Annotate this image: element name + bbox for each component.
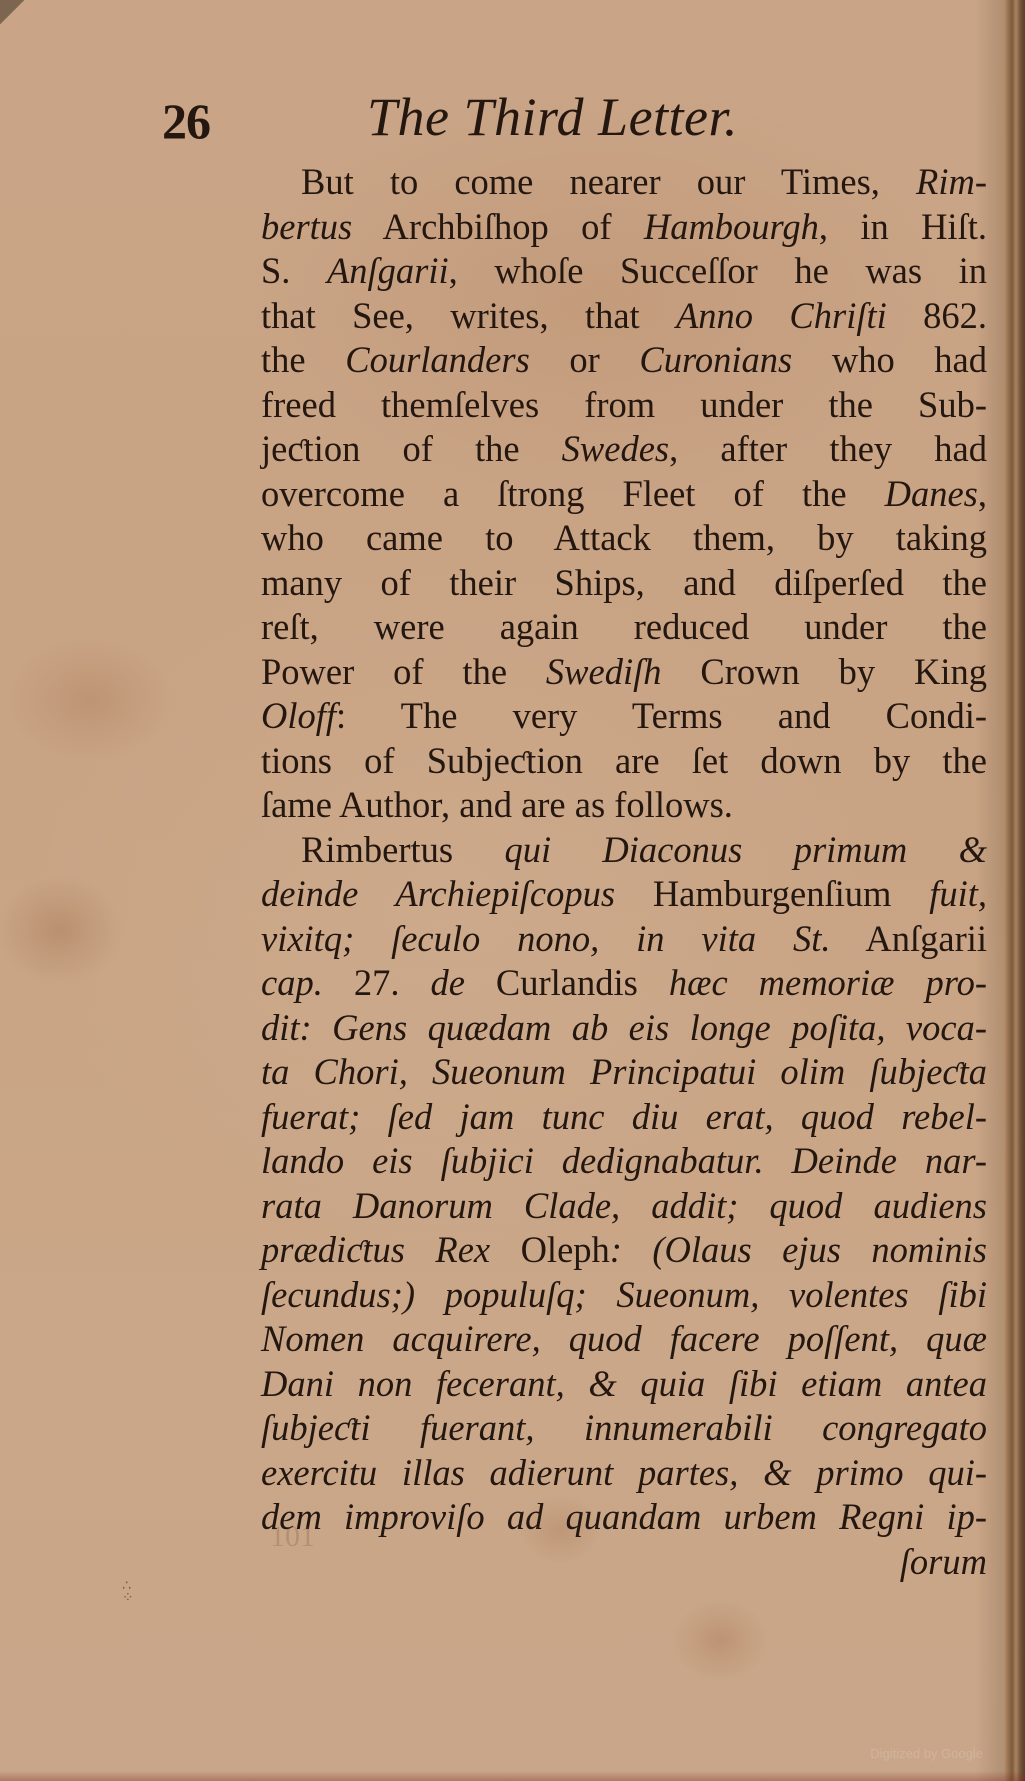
- roman-run: Oleph: [490, 1229, 610, 1270]
- show-through-text: 101: [270, 1520, 315, 1554]
- roman-run: [756, 918, 793, 959]
- text-line: many of their Ships, and diſperſed the: [261, 561, 987, 606]
- text-line: cap. 27. de Curlandis hæc memoriæ pro-: [261, 961, 987, 1006]
- roman-run: , whoſe Succeſſor he was in: [449, 250, 987, 291]
- roman-run: Power of the: [261, 651, 546, 692]
- italic-run: Oloff: [261, 695, 336, 736]
- text-line: who came to Attack them, by taking: [261, 516, 987, 561]
- italic-run: ſubjeƈti fuerant, innumerabili congregat…: [261, 1407, 987, 1448]
- italic-run: rata Danorum Clade, addit; quod audiens: [261, 1185, 987, 1226]
- italic-run: prædiƈtus Rex: [261, 1229, 490, 1270]
- text-line: ta Chori, Sueonum Principatui olim ſubje…: [261, 1050, 987, 1095]
- roman-run: , after they had: [669, 428, 987, 469]
- roman-run: tions of Subjeƈtion are ſet down by the: [261, 740, 987, 781]
- book-page: 26 The Third Letter. But to come nearer …: [0, 0, 1025, 1781]
- italic-run: Rim-: [916, 161, 987, 202]
- roman-run: 862.: [887, 295, 987, 336]
- text-line: lando eis ſubjici dedignabatur. Deinde n…: [261, 1139, 987, 1184]
- roman-run: reſt, were again reduced under the: [261, 606, 987, 647]
- text-line: vixitq; ſeculo nono, in vita St. Anſgari…: [261, 917, 987, 962]
- page-gutter-edge: [1005, 0, 1025, 1781]
- italic-run: lando eis ſubjici dedignabatur. Deinde n…: [261, 1140, 987, 1181]
- text-line: S. Anſgarii, whoſe Succeſſor he was in: [261, 249, 987, 294]
- text-line: prædiƈtus Rex Oleph: (Olaus ejus nominis: [261, 1228, 987, 1273]
- italic-run: ta Chori, Sueonum Principatui olim ſubje…: [261, 1051, 987, 1092]
- italic-run: Dani non fecerant, & quia ſibi etiam ant…: [261, 1363, 987, 1404]
- italic-run: ſecundus;) populuſq; Sueonum, volentes ſ…: [261, 1274, 987, 1315]
- roman-run: the: [261, 339, 345, 380]
- text-line: Power of the Swediſh Crown by King: [261, 650, 987, 695]
- italic-run: exercitu illas adierunt partes, & primo …: [261, 1452, 987, 1493]
- italic-run: Anno Chriſti: [676, 295, 887, 336]
- catchword: ſorum: [261, 1540, 987, 1585]
- roman-run: S.: [261, 250, 327, 291]
- page-title: The Third Letter.: [367, 86, 738, 148]
- text-line: tions of Subjeƈtion are ſet down by the: [261, 739, 987, 784]
- text-line: the Courlanders or Curonians who had: [261, 338, 987, 383]
- roman-run: many of their Ships, and diſperſed the: [261, 562, 987, 603]
- roman-run: ,: [978, 473, 987, 514]
- italic-run: qui Diaconus primum &: [504, 829, 987, 870]
- roman-run: who came to Attack them, by taking: [261, 517, 987, 558]
- italic-run: Anſgarii: [327, 250, 449, 291]
- text-line: Nomen acquirere, quod facere poſſent, qu…: [261, 1317, 987, 1362]
- italic-run: Courlanders: [345, 339, 530, 380]
- text-line: dit: Gens quædam ab eis longe poſita, vo…: [261, 1006, 987, 1051]
- italic-run: de: [430, 962, 464, 1003]
- italic-run: dit: Gens quædam ab eis longe poſita, vo…: [261, 1007, 987, 1048]
- roman-run: or: [530, 339, 640, 380]
- roman-run: overcome a ſtrong Fleet of the: [261, 473, 885, 514]
- margin-ink-mark: ∴⁘: [122, 1580, 134, 1604]
- roman-run: Rimbertus: [301, 829, 504, 870]
- italic-run: deinde Archiepiſcopus: [261, 873, 615, 914]
- roman-run: But to come nearer our Times,: [301, 161, 916, 202]
- text-line: overcome a ſtrong Fleet of the Danes,: [261, 472, 987, 517]
- roman-run: 27.: [323, 962, 431, 1003]
- italic-run: bertus: [261, 206, 352, 247]
- italic-run: dem improviſo ad quandam urbem Regni ip-: [261, 1496, 987, 1537]
- text-line: jeƈtion of the Swedes, after they had: [261, 427, 987, 472]
- text-line: rata Danorum Clade, addit; quod audiens: [261, 1184, 987, 1229]
- italic-run: vixitq; ſeculo nono, in vita: [261, 918, 756, 959]
- text-line: Dani non fecerant, & quia ſibi etiam ant…: [261, 1362, 987, 1407]
- roman-run: Crown by King: [662, 651, 988, 692]
- text-line: exercitu illas adierunt partes, & primo …: [261, 1451, 987, 1496]
- roman-run: , in Hiſt.: [819, 206, 987, 247]
- roman-run: Anſgarii: [831, 918, 988, 959]
- italic-run: St.: [793, 918, 831, 959]
- italic-run: Nomen acquirere, quod facere poſſent, qu…: [261, 1318, 987, 1359]
- roman-run: ſame Author, and are as follows.: [261, 784, 733, 825]
- text-line: ſame Author, and are as follows.: [261, 783, 987, 828]
- text-line: ſecundus;) populuſq; Sueonum, volentes ſ…: [261, 1273, 987, 1318]
- text-line: freed themſelves from under the Sub-: [261, 383, 987, 428]
- roman-run: who had: [792, 339, 987, 380]
- italic-run: fuerat; ſed jam tunc diu erat, quod rebe…: [261, 1096, 987, 1137]
- text-line: deinde Archiepiſcopus Hamburgenſium fuit…: [261, 872, 987, 917]
- italic-run: fuit,: [929, 873, 987, 914]
- italic-run: hæc memoriæ pro-: [669, 962, 987, 1003]
- roman-run: jeƈtion of the: [261, 428, 562, 469]
- text-line: fuerat; ſed jam tunc diu erat, quod rebe…: [261, 1095, 987, 1140]
- body-text: But to come nearer our Times, Rim-bertus…: [261, 160, 987, 1584]
- text-line: reſt, were again reduced under the: [261, 605, 987, 650]
- roman-run: Archbiſhop of: [352, 206, 644, 247]
- italic-run: Swediſh: [546, 651, 662, 692]
- text-line: dem improviſo ad quandam urbem Regni ip-: [261, 1495, 987, 1540]
- running-head: 26 The Third Letter.: [162, 84, 992, 154]
- text-line: bertus Archbiſhop of Hambourgh, in Hiſt.: [261, 205, 987, 250]
- page-number: 26: [162, 92, 210, 150]
- roman-run: freed themſelves from under the Sub-: [261, 384, 987, 425]
- italic-run: Hambourgh: [644, 206, 819, 247]
- text-line: Rimbertus qui Diaconus primum &: [261, 828, 987, 873]
- text-line: Oloff: The very Terms and Condi-: [261, 694, 987, 739]
- text-line: But to come nearer our Times, Rim-: [261, 160, 987, 205]
- roman-run: Hamburgenſium: [615, 873, 929, 914]
- italic-run: cap.: [261, 962, 323, 1003]
- text-line: that See, writes, that Anno Chriſti 862.: [261, 294, 987, 339]
- corner-fold: [0, 0, 40, 40]
- italic-run: Danes: [885, 473, 978, 514]
- roman-run: that See, writes, that: [261, 295, 676, 336]
- digitization-watermark: Digitized by Google: [870, 1746, 983, 1761]
- roman-run: Curlandis: [465, 962, 669, 1003]
- page-bottom-edge: [0, 1771, 1025, 1781]
- text-line: ſubjeƈti fuerant, innumerabili congregat…: [261, 1406, 987, 1451]
- roman-run: : The very Terms and Condi-: [336, 695, 987, 736]
- italic-run: Swedes: [562, 428, 669, 469]
- italic-run: Curonians: [639, 339, 792, 380]
- italic-run: : (Olaus ejus nominis: [610, 1229, 987, 1270]
